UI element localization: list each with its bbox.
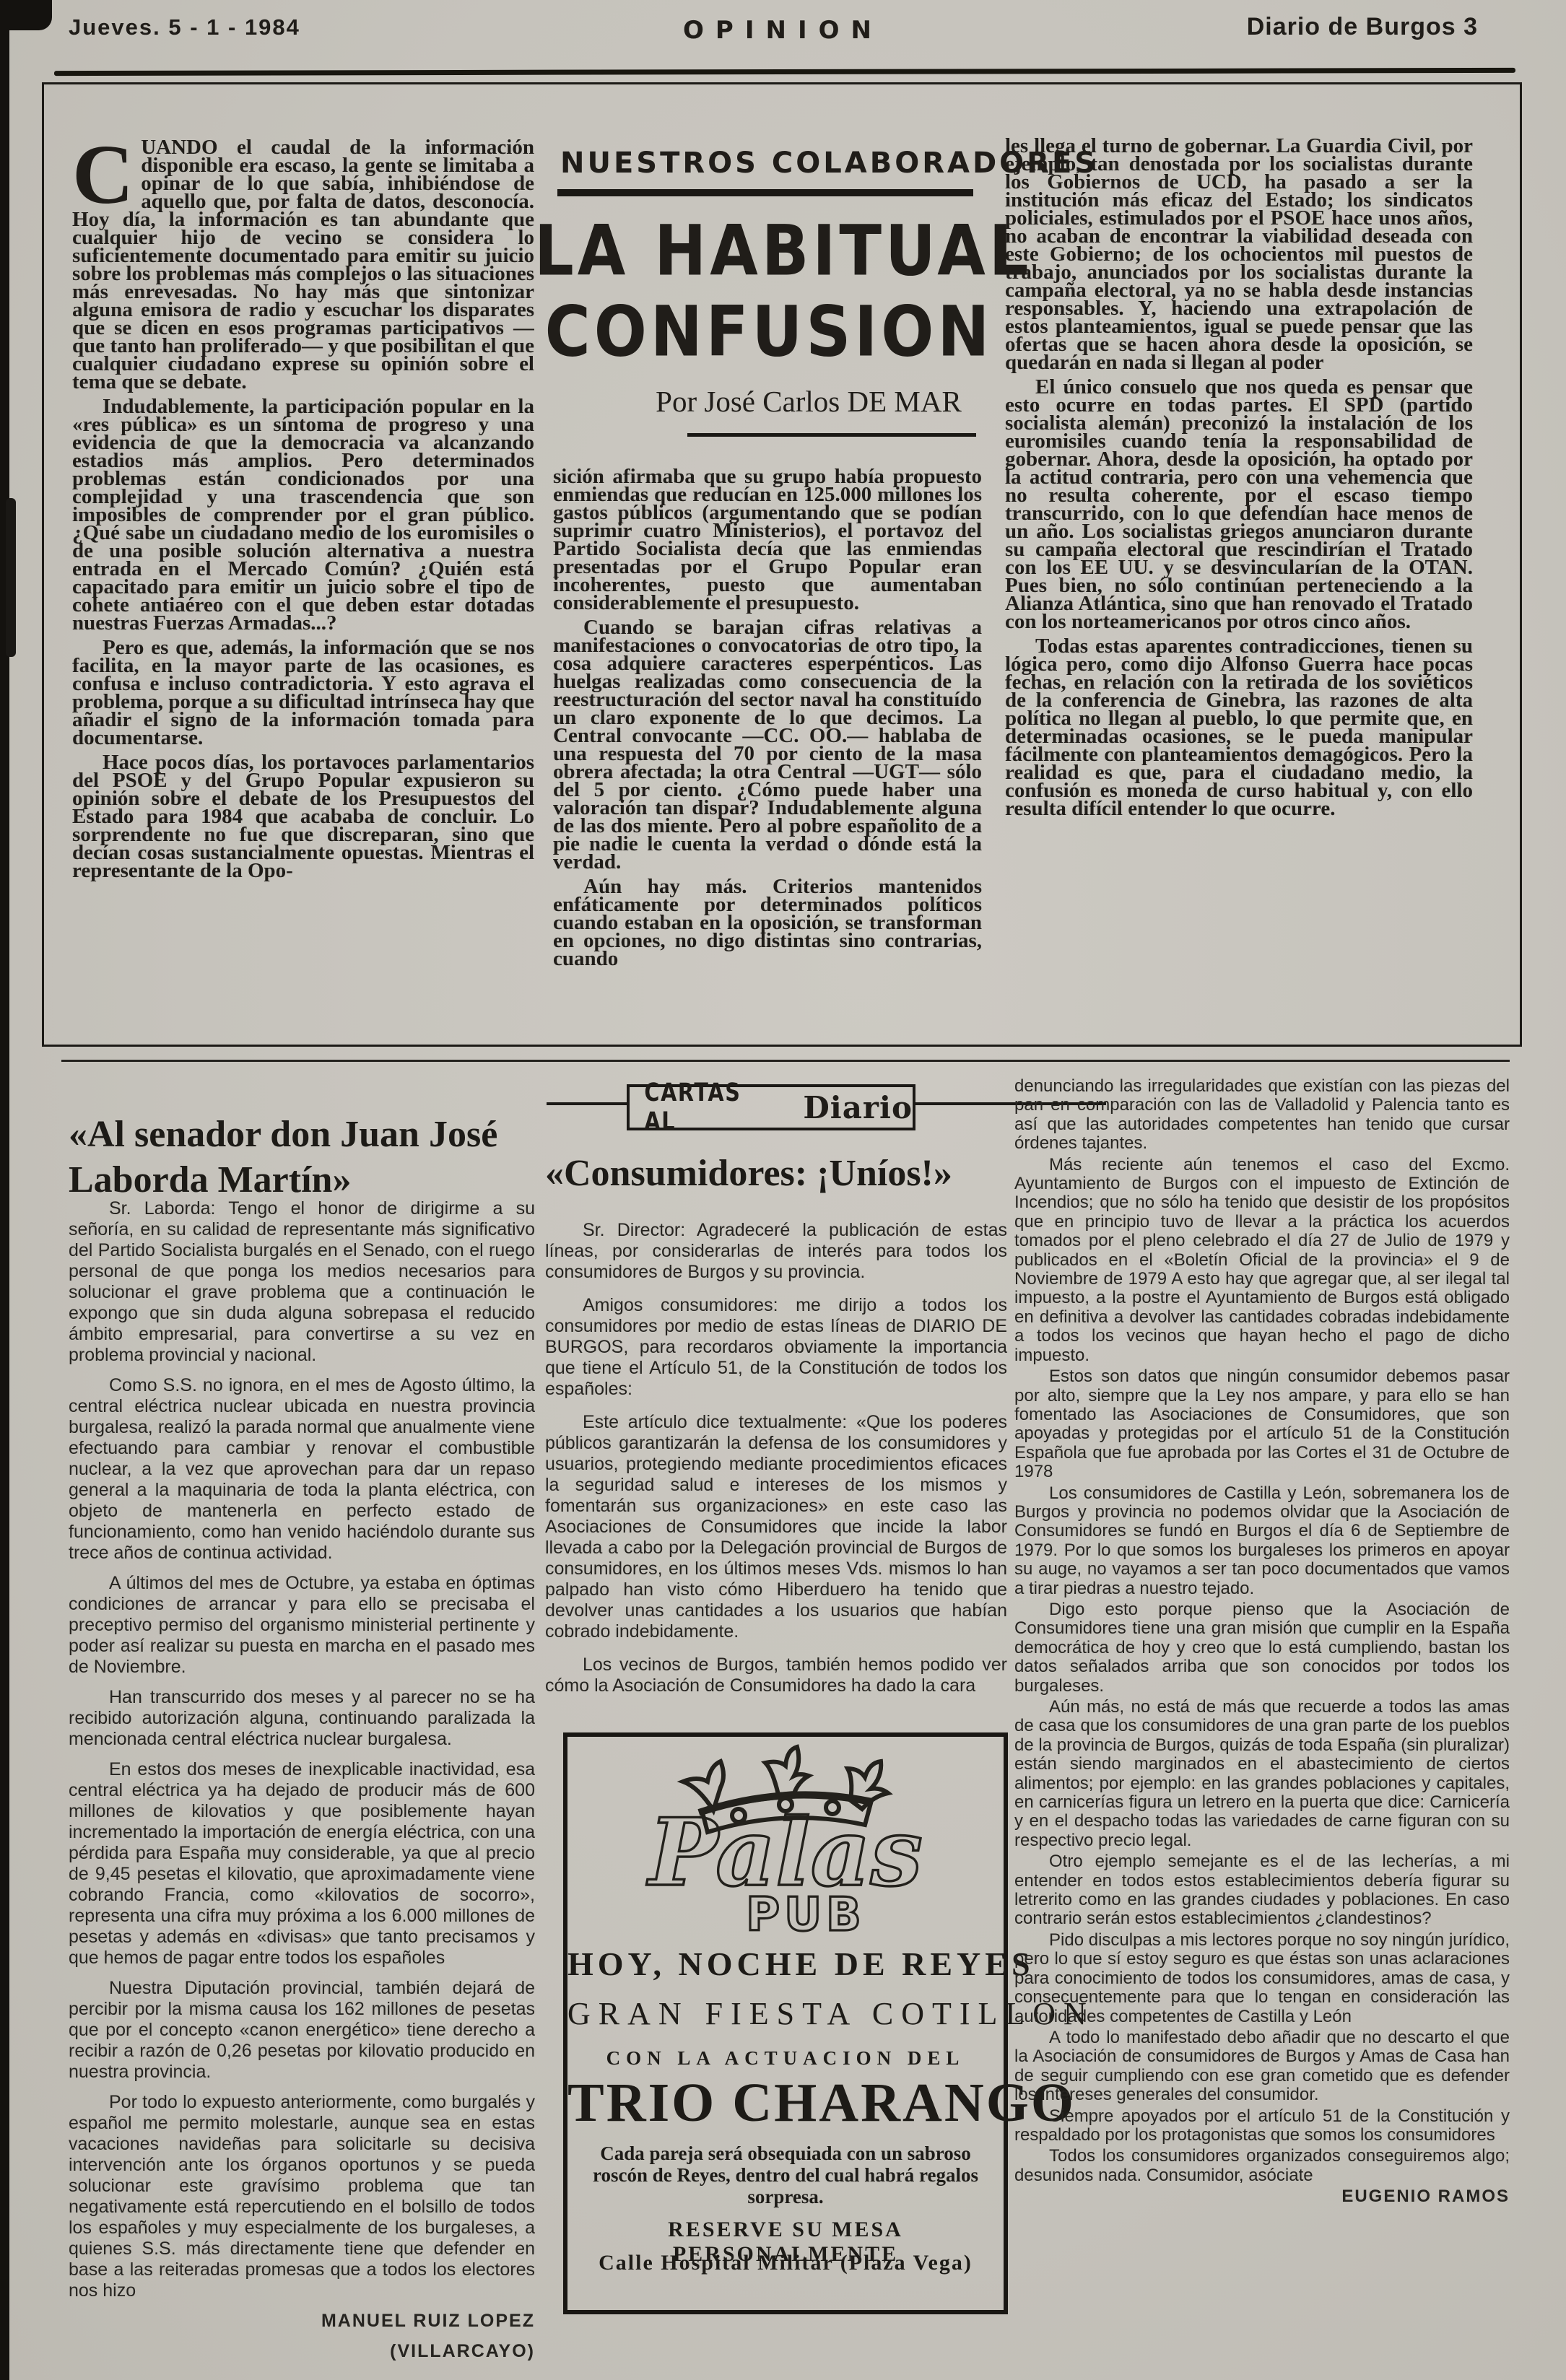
article-paragraph: Todas estas aparentes contradicciones, t…: [1005, 637, 1473, 818]
article-paragraph: les llega el turno de gobernar. La Guard…: [1005, 137, 1473, 372]
cartas-al-diario-box: CARTAS AL Diario: [627, 1084, 915, 1130]
opinion-column-2: sición afirmaba que su grupo había propu…: [553, 468, 982, 1039]
diario-logotype: Diario: [803, 1090, 913, 1125]
letter-paragraph: Los vecinos de Burgos, también hemos pod…: [545, 1655, 1007, 1696]
consumers-letter-continuation: denunciando las irregularidades que exis…: [1014, 1077, 1510, 2369]
article-paragraph: El único consuelo que nos queda es pensa…: [1005, 378, 1473, 631]
kicker-underline: [557, 189, 973, 196]
letter-paragraph: A todo lo manifestado debo añadir que no…: [1014, 2028, 1510, 2105]
letter-paragraph: Digo esto porque pienso que la Asociació…: [1014, 1600, 1510, 1696]
letter-paragraph: Sr. Laborda: Tengo el honor de dirigirme…: [69, 1198, 535, 1366]
letter-paragraph: Nuestra Diputación provincial, también d…: [69, 1978, 535, 2083]
letter-paragraph: En estos dos meses de inexplicable inact…: [69, 1759, 535, 1969]
letter-paragraph: Todos los consumidores organizados conse…: [1014, 2147, 1510, 2185]
consumers-letter-body: Sr. Director: Agradeceré la publicación …: [545, 1220, 1007, 1709]
letter-paragraph: Otro ejemplo semejante es el de las lech…: [1014, 1852, 1510, 1929]
letter-paragraph: A últimos del mes de Octubre, ya estaba …: [69, 1573, 535, 1678]
letter-paragraph: Amigos consumidores: me dirijo a todos l…: [545, 1295, 1007, 1400]
ad-line-fiesta: GRAN FIESTA COTILLON: [567, 1995, 1004, 2032]
svg-text:PUB: PUB: [746, 1888, 866, 1939]
scan-edge-artifact: [0, 0, 9, 2380]
letter-paragraph: Por todo lo expuesto anteriormente, como…: [69, 2092, 535, 2301]
consumers-letter-headline: «Consumidores: ¡Uníos!»: [545, 1152, 1007, 1195]
article-paragraph: Pero es que, además, la información que …: [72, 639, 534, 747]
dropcap: C: [72, 139, 141, 206]
opinion-column-1: CUANDO el caudal de la información dispo…: [72, 139, 534, 1039]
ad-line-trio-charango: TRIO CHARANGO: [567, 2072, 1004, 2135]
header-rule: [54, 68, 1515, 76]
letter-paragraph: denunciando las irregularidades que exis…: [1014, 1077, 1510, 1154]
byline-rule: [687, 433, 976, 437]
article-paragraph: Cuando se barajan cifras relativas a man…: [553, 619, 982, 871]
article-paragraph: Indudablemente, la participación popular…: [72, 398, 534, 632]
newspaper-page: Jueves. 5 - 1 - 1984 OPINION Diario de B…: [0, 0, 1566, 2380]
letter-paragraph: Sr. Director: Agradeceré la publicación …: [545, 1220, 1007, 1283]
article-headline: LA HABITUAL CONFUSION: [534, 211, 1004, 372]
letter-paragraph: Como S.S. no ignora, en el mes de Agosto…: [69, 1375, 535, 1564]
letter-paragraph: Siempre apoyados por el artículo 51 de l…: [1014, 2107, 1510, 2145]
ad-body-text: Cada pareja será obsequiada con un sabro…: [589, 2143, 982, 2207]
letter-paragraph: Este artículo dice textualmente: «Que lo…: [545, 1412, 1007, 1642]
ad-line-actuacion: CON LA ACTUACION DEL: [567, 2047, 1004, 2070]
article-byline: Por José Carlos DE MAR: [606, 384, 1011, 419]
masthead-page-number: Diario de Burgos 3: [1247, 13, 1478, 41]
letter-paragraph: Han transcurrido dos meses y al parecer …: [69, 1687, 535, 1750]
ad-line-hoy: HOY, NOCHE DE REYES: [567, 1945, 1004, 1983]
letter-paragraph: Pido disculpas a mis lectores porque no …: [1014, 1931, 1510, 2026]
cartas-rule-left: [547, 1102, 627, 1105]
senator-letter-body: Sr. Laborda: Tengo el honor de dirigirme…: [69, 1198, 535, 2371]
article-paragraph: Hace pocos días, los portavoces parlamen…: [72, 754, 534, 880]
cartas-label: CARTAS AL: [644, 1078, 778, 1136]
letter-signature-place: (VILLARCAYO): [69, 2341, 535, 2362]
senator-letter-headline: «Al senador don Juan José Laborda Martín…: [69, 1112, 516, 1203]
letter-paragraph: Los consumidores de Castilla y León, sob…: [1014, 1484, 1510, 1598]
crown-icon: Palas PUB: [605, 1744, 966, 1939]
ad-address-line: Calle Hospital Militar (Plaza Vega): [567, 2251, 1004, 2275]
palas-pub-advertisement: Palas PUB HOY, NOCHE DE REYES GRAN FIEST…: [563, 1732, 1008, 2314]
letter-paragraph: Estos son datos que ningún consumidor de…: [1014, 1367, 1510, 1481]
letter-paragraph: Más reciente aún tenemos el caso del Exc…: [1014, 1156, 1510, 1365]
opinion-column-3: les llega el turno de gobernar. La Guard…: [1005, 137, 1473, 1039]
section-divider-rule: [61, 1060, 1510, 1062]
article-paragraph: sición afirmaba que su grupo había propu…: [553, 468, 982, 612]
article-paragraph: CUANDO el caudal de la información dispo…: [72, 139, 534, 391]
letter-signature: MANUEL RUIZ LOPEZ: [69, 2311, 535, 2332]
scan-smudge-artifact: [6, 498, 16, 657]
letter-signature: EUGENIO RAMOS: [1014, 2187, 1510, 2206]
letter-paragraph: Aún más, no está de más que recuerde a t…: [1014, 1698, 1510, 1850]
article-paragraph: Aún hay más. Criterios mantenidos enfáti…: [553, 878, 982, 968]
